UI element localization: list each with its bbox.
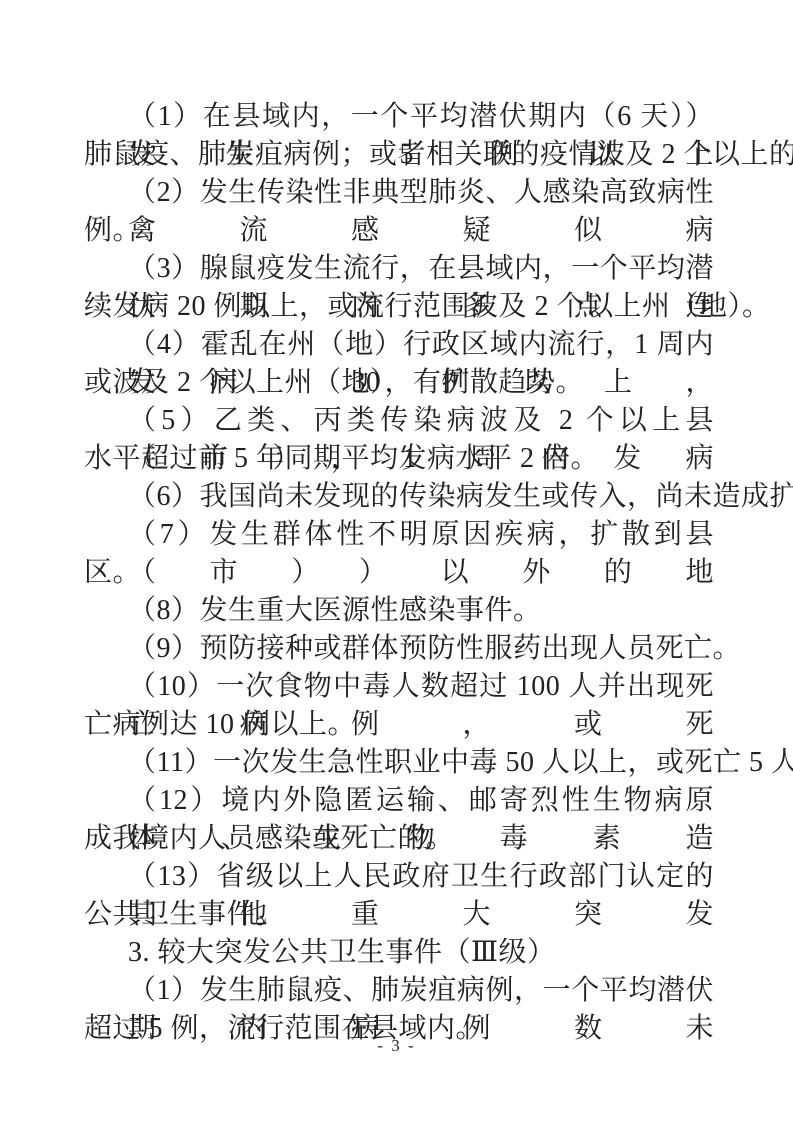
text-line: 肺鼠疫、肺炭疽病例；或者相关联的疫情波及 2 个以上的县(市))。	[84, 136, 714, 174]
page-number: - 3 -	[377, 1036, 415, 1055]
text-line: （12）境内外隐匿运输、邮寄烈性生物病原体、生物毒素造	[84, 782, 714, 820]
text-line: （4）霍乱在州（地）行政区域内流行，1 周内发病 30 例以上，	[84, 326, 714, 364]
document-body: （1）在县域内，一个平均潜伏期内（6 天））发生 5 例以上肺鼠疫、肺炭疽病例；…	[84, 98, 714, 1048]
text-line: （2）发生传染性非典型肺炎、人感染高致病性禽流感疑似病	[84, 174, 714, 212]
text-line: （5）乙类、丙类传染病波及 2 个以上县（市），1 周内发病	[84, 402, 714, 440]
text-line: （11）一次发生急性职业中毒 50 人以上，或死亡 5 人以上。	[84, 744, 714, 782]
page-footer: - 3 -	[0, 1036, 793, 1056]
text-line: （1）在县域内，一个平均潜伏期内（6 天））发生 5 例以上	[84, 98, 714, 136]
text-line: （6）我国尚未发现的传染病发生或传入，尚未造成扩散。	[84, 478, 714, 516]
text-line: （8）发生重大医源性感染事件。	[84, 592, 714, 630]
document-page: （1）在县域内，一个平均潜伏期内（6 天））发生 5 例以上肺鼠疫、肺炭疽病例；…	[0, 0, 793, 1122]
text-line: （1）发生肺鼠疫、肺炭疽病例，一个平均潜伏期内病例数未	[84, 972, 714, 1010]
text-line: （10）一次食物中毒人数超过 100 人并出现死亡病例，或死	[84, 668, 714, 706]
text-line: （3）腺鼠疫发生流行，在县域内，一个平均潜伏期内多点连	[84, 250, 714, 288]
text-line: 3. 较大突发公共卫生事件（Ⅲ级）	[84, 934, 714, 972]
text-line: （9）预防接种或群体预防性服药出现人员死亡。	[84, 630, 714, 668]
text-line: （13）省级以上人民政府卫生行政部门认定的其他重大突发	[84, 858, 714, 896]
text-line: 续发病 20 例以上，或流行范围波及 2 个以上州（地）。	[84, 288, 714, 326]
text-line: （7）发生群体性不明原因疾病，扩散到县（市））以外的地	[84, 516, 714, 554]
